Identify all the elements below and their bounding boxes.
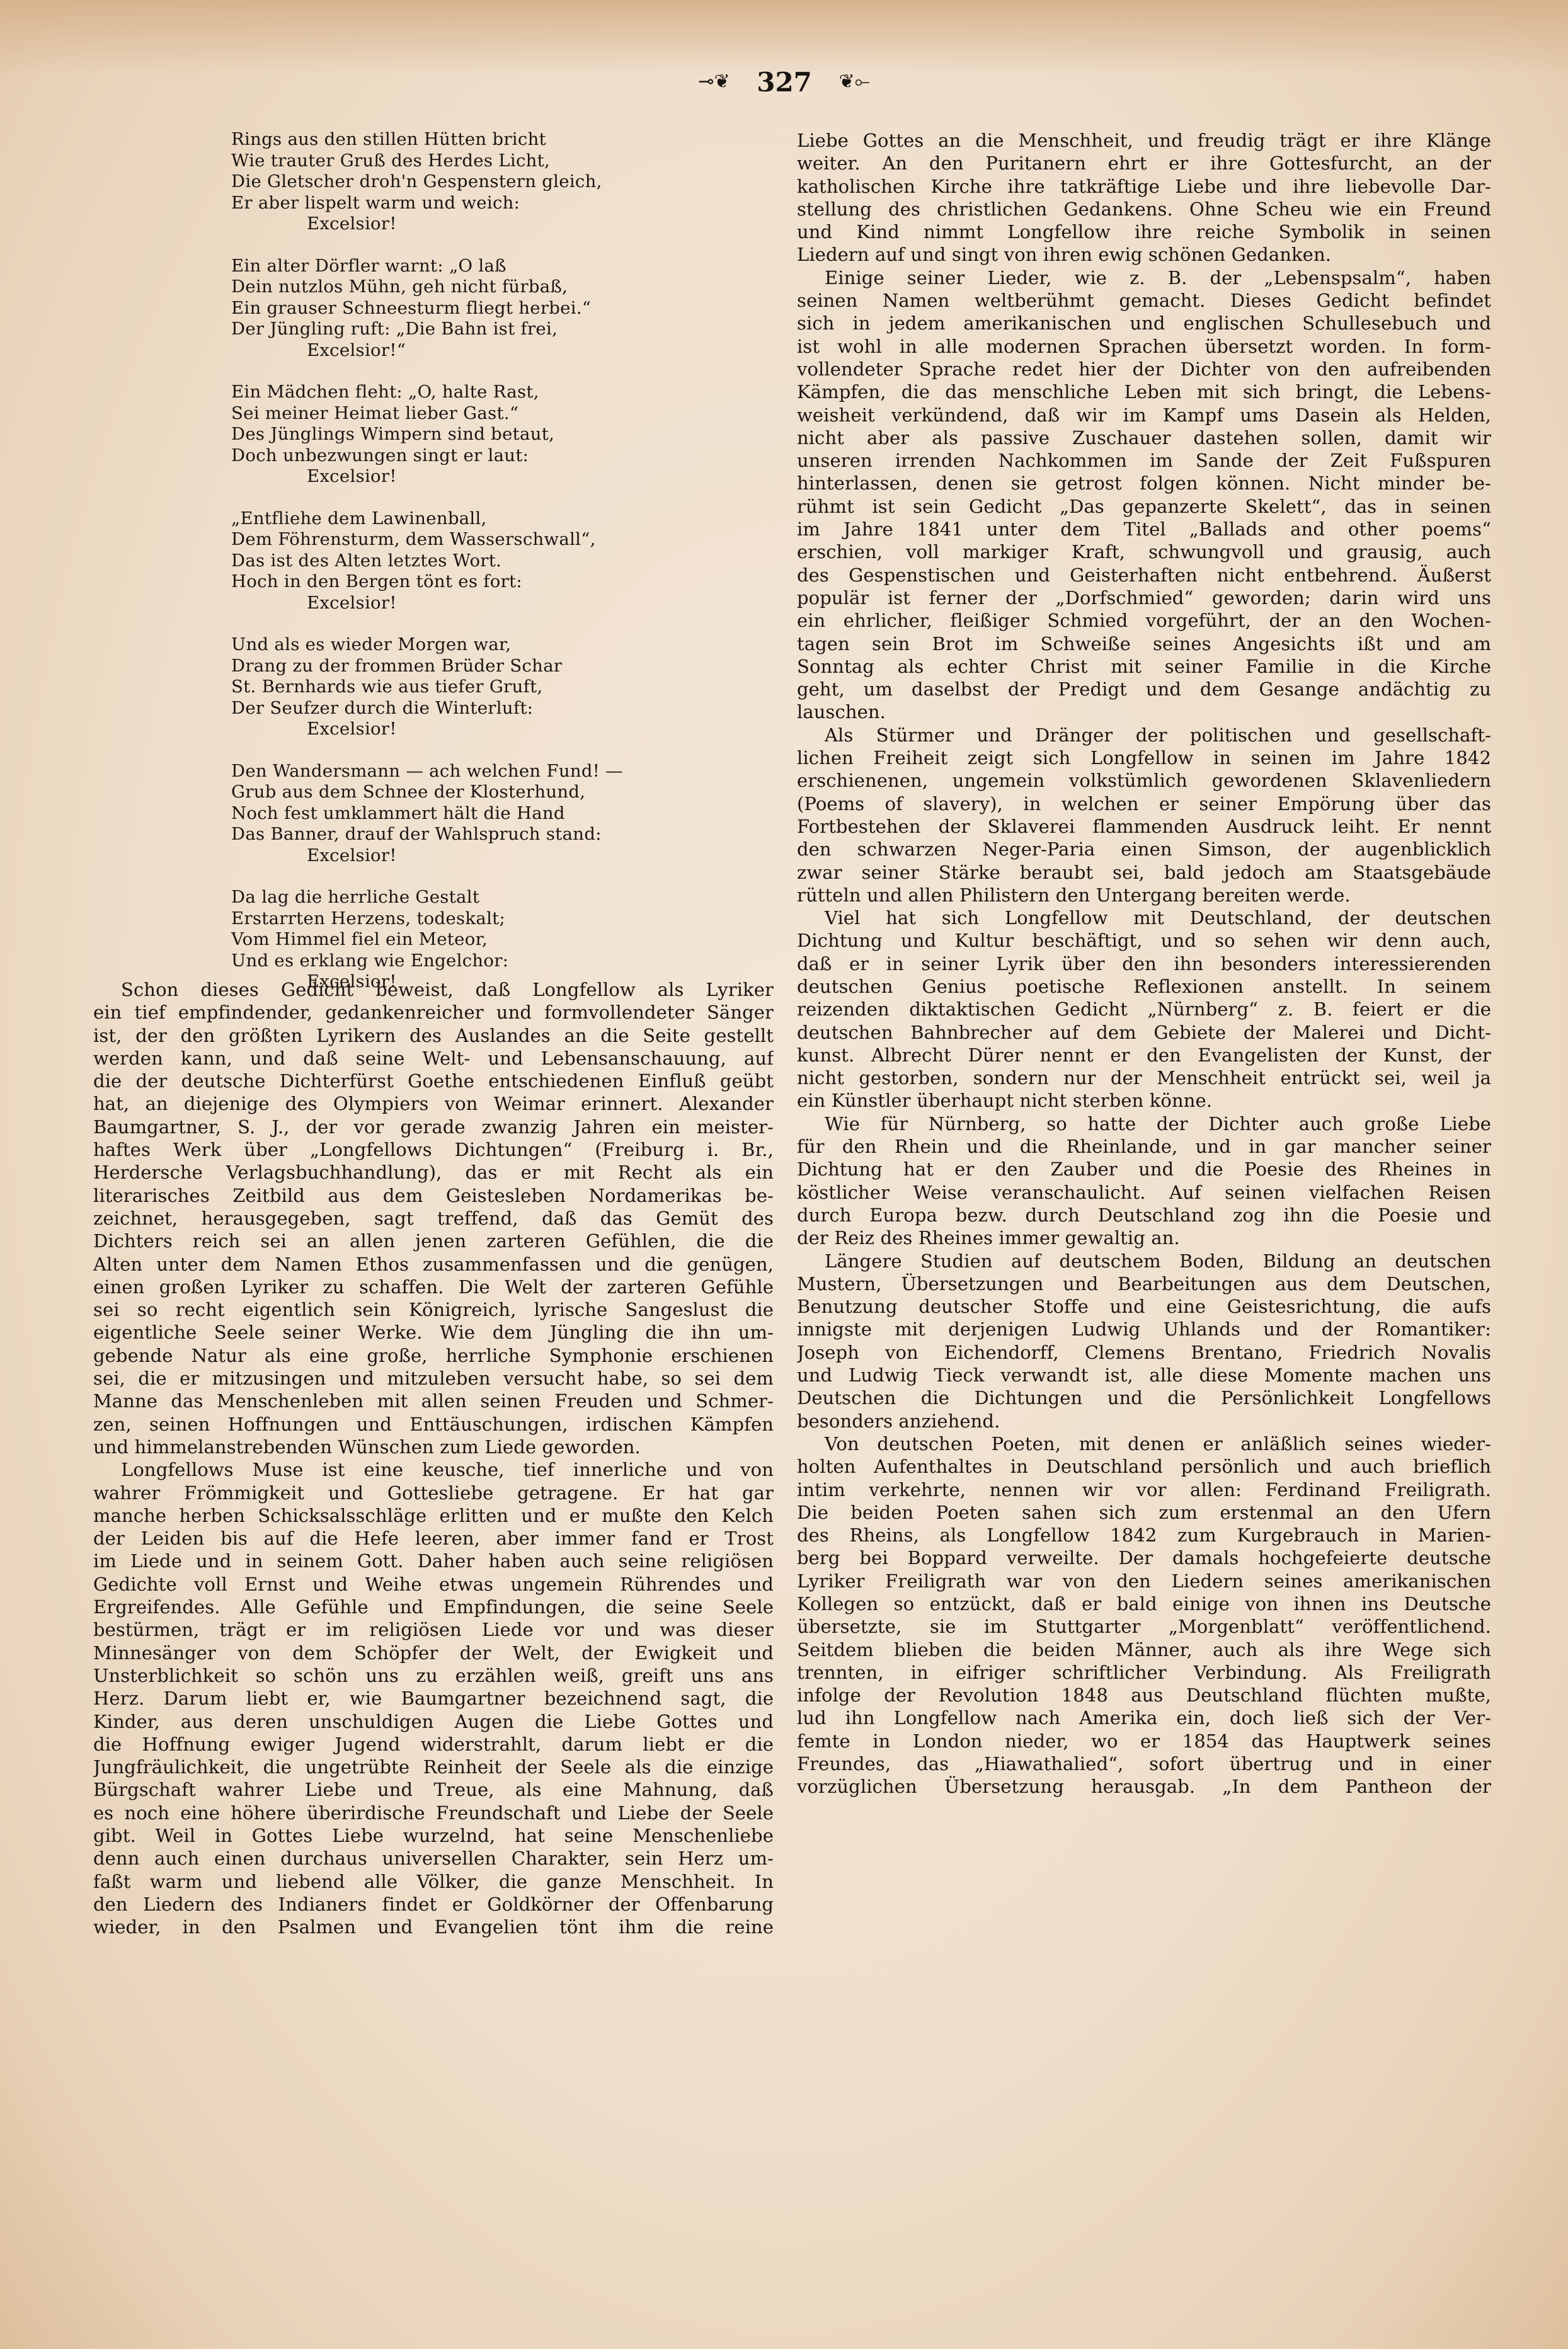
text-line: bestürmen, trägt er im religiösen Liede … xyxy=(93,1618,774,1641)
text-line: Die beiden Poeten sahen sich zum erstenm… xyxy=(797,1501,1491,1524)
page-header: ⊸❦ 327 ❦⟜ xyxy=(0,66,1568,98)
text-line: deutschen Genius poetische Reflexionen a… xyxy=(797,975,1491,998)
page-number: 327 xyxy=(757,67,812,98)
text-line: deutschen Bahnbrecher auf dem Gebiete de… xyxy=(797,1021,1491,1044)
text-line: unseren irrenden Nachkommen im Sande der… xyxy=(797,449,1491,472)
poem-line: Dem Föhrensturm, dem Wasserschwall“, xyxy=(231,529,786,551)
poem-stanza: Den Wandersmann — ach welchen Fund! —Gru… xyxy=(231,761,786,867)
poem-line: Ein alter Dörfler warnt: „O laß xyxy=(231,256,786,277)
text-line: Wie für Nürnberg, so hatte der Dichter a… xyxy=(797,1112,1491,1135)
text-line: rütteln und allen Philistern den Unterga… xyxy=(797,884,1491,906)
text-line: nicht gestorben, sondern nur der Menschh… xyxy=(797,1066,1491,1089)
text-line: erschien, voll markiger Kraft, schwungvo… xyxy=(797,540,1491,563)
text-line: im Liede und in seinem Gott. Daher haben… xyxy=(93,1550,774,1572)
text-line: Als Stürmer und Dränger der politischen … xyxy=(797,724,1491,746)
text-line: manche herben Schicksalsschläge erlitten… xyxy=(93,1504,774,1527)
text-line: Mustern, Übersetzungen und Bearbeitungen… xyxy=(797,1272,1491,1295)
text-line: besonders anziehend. xyxy=(797,1410,1491,1432)
poem-line: Das Banner, drauf der Wahlspruch stand: xyxy=(231,824,786,845)
poem-line: Sei meiner Heimat lieber Gast.“ xyxy=(231,403,786,425)
poem-line: Der Seufzer durch die Winterluft: xyxy=(231,698,786,719)
poem-line: Die Gletscher droh'n Gespenstern gleich, xyxy=(231,171,786,193)
text-line: Freundes, das „Hiawathalied“, sofort übe… xyxy=(797,1752,1491,1775)
text-line: berg bei Boppard verweilte. Der damals h… xyxy=(797,1546,1491,1569)
poem-line: Der Jüngling ruft: „Die Bahn ist frei, xyxy=(231,319,786,340)
text-line: rühmt ist sein Gedicht „Das gepanzerte S… xyxy=(797,495,1491,518)
poem-line: Noch fest umklammert hält die Hand xyxy=(231,803,786,825)
poem-refrain: Excelsior! xyxy=(231,719,786,740)
poem-refrain: Excelsior! xyxy=(231,214,786,235)
text-line: der Leiden bis auf die Hefe leeren, aber… xyxy=(93,1527,774,1550)
poem-excelsior: Rings aus den stillen Hütten brichtWie t… xyxy=(231,129,786,1014)
text-line: nicht aber als passive Zuschauer dastehe… xyxy=(797,426,1491,449)
text-line: den schwarzen Neger-Paria einen Simson, … xyxy=(797,838,1491,860)
text-line: reizenden diktaktischen Gedicht „Nürnber… xyxy=(797,998,1491,1020)
text-line: die Hoffnung ewiger Jugend widerstrahlt,… xyxy=(93,1733,774,1756)
text-line: Liebe Gottes an die Menschheit, und freu… xyxy=(797,129,1491,152)
left-column-text: Schon dieses Gedicht beweist, daß Longfe… xyxy=(93,978,774,1938)
text-line: seinen Namen weltberühmt gemacht. Dieses… xyxy=(797,289,1491,312)
ornament-right-icon: ❦⟜ xyxy=(839,71,870,93)
text-line: hinterlassen, denen sie getrost folgen k… xyxy=(797,472,1491,494)
text-line: Fortbestehen der Sklaverei flammenden Au… xyxy=(797,815,1491,838)
text-line: femte in London nieder, wo er 1854 das H… xyxy=(797,1730,1491,1752)
text-line: wahrer Frömmigkeit und Gottesliebe getra… xyxy=(93,1482,774,1504)
text-line: sich in jedem amerikanischen und englisc… xyxy=(797,312,1491,334)
poem-stanza: Ein alter Dörfler warnt: „O laßDein nutz… xyxy=(231,256,786,362)
text-line: die der deutsche Dichterfürst Goethe ent… xyxy=(93,1070,774,1092)
ornament-left-icon: ⊸❦ xyxy=(698,71,730,93)
text-line: ist wohl in alle modernen Sprachen übers… xyxy=(797,335,1491,358)
text-line: weisheit verkündend, daß wir im Kampf um… xyxy=(797,404,1491,426)
text-line: Liedern auf und singt von ihren ewig sch… xyxy=(797,243,1491,266)
text-line: durch Europa bezw. durch Deutschland zog… xyxy=(797,1204,1491,1226)
text-line: Longfellows Muse ist eine keusche, tief … xyxy=(93,1458,774,1481)
paper-stain xyxy=(0,0,1568,76)
text-line: Längere Studien auf deutschem Boden, Bil… xyxy=(797,1250,1491,1272)
text-line: einen großen Lyriker zu schaffen. Die We… xyxy=(93,1276,774,1298)
text-line: ein tief empfindender, gedankenreicher u… xyxy=(93,1001,774,1024)
text-line: Alten unter dem Namen Ethos zusammenfass… xyxy=(93,1253,774,1276)
text-line: faßt warm und liebend alle Völker, die g… xyxy=(93,1870,774,1893)
text-line: Schon dieses Gedicht beweist, daß Longfe… xyxy=(93,978,774,1001)
text-line: Von deutschen Poeten, mit denen er anläß… xyxy=(797,1432,1491,1455)
text-line: Baumgartner, S. J., der vor gerade zwanz… xyxy=(93,1116,774,1138)
text-line: Viel hat sich Longfellow mit Deutschland… xyxy=(797,906,1491,929)
text-line: kunst. Albrecht Dürer nennt er den Evang… xyxy=(797,1044,1491,1066)
text-line: daß er in seiner Lyrik über den ihn beso… xyxy=(797,952,1491,975)
text-line: katholischen Kirche ihre tatkräftige Lie… xyxy=(797,175,1491,198)
text-line: Lyriker Freiligrath war von den Liedern … xyxy=(797,1570,1491,1592)
text-line: sei so recht eigentlich sein Königreich,… xyxy=(93,1298,774,1321)
text-line: Bürgschaft wahrer Liebe und Treue, als e… xyxy=(93,1778,774,1801)
poem-line: Den Wandersmann — ach welchen Fund! — xyxy=(231,761,786,782)
text-line: Kollegen so entzückt, daß er bald einige… xyxy=(797,1592,1491,1615)
text-line: des Rheins, als Longfellow 1842 zum Kurg… xyxy=(797,1524,1491,1546)
poem-line: Vom Himmel fiel ein Meteor, xyxy=(231,929,786,951)
text-line: Kämpfen, die das menschliche Leben mit s… xyxy=(797,380,1491,403)
text-line: intim verkehrte, nennen wir vor allen: F… xyxy=(797,1478,1491,1501)
poem-line: Hoch in den Bergen tönt es fort: xyxy=(231,571,786,593)
text-line: Dichters reich sei an allen jenen zarter… xyxy=(93,1230,774,1252)
poem-line: Und es erklang wie Engelchor: xyxy=(231,951,786,972)
text-line: gibt. Weil in Gottes Liebe wurzelnd, hat… xyxy=(93,1824,774,1847)
text-line: zwar seiner Stärke beraubt sei, bald jed… xyxy=(797,861,1491,884)
text-line: tagen sein Brot im Schweiße seines Anges… xyxy=(797,632,1491,655)
text-line: Dichtung hat er den Zauber und die Poesi… xyxy=(797,1158,1491,1180)
text-line: Kinder, aus deren unschuldigen Augen die… xyxy=(93,1710,774,1733)
text-line: geht, um daselbst der Predigt und dem Ge… xyxy=(797,678,1491,700)
text-line: Joseph von Eichendorff, Clemens Brentano… xyxy=(797,1341,1491,1364)
poem-stanza: „Entfliehe dem Lawinenball,Dem Föhrenstu… xyxy=(231,508,786,614)
text-line: ein ehrlicher, fleißiger Schmied vorgefü… xyxy=(797,609,1491,632)
text-line: vorzüglichen Übersetzung herausgab. „In … xyxy=(797,1775,1491,1798)
text-line: werden kann, und daß seine Welt- und Leb… xyxy=(93,1047,774,1070)
text-line: im Jahre 1841 unter dem Titel „Ballads a… xyxy=(797,518,1491,540)
text-line: lud ihn Longfellow nach Amerika ein, doc… xyxy=(797,1706,1491,1729)
text-line: und Kind nimmt Longfellow ihre reiche Sy… xyxy=(797,220,1491,243)
poem-stanza: Rings aus den stillen Hütten brichtWie t… xyxy=(231,129,786,235)
text-line: gebende Natur als eine große, herrliche … xyxy=(93,1344,774,1367)
text-line: literarisches Zeitbild aus dem Geistesle… xyxy=(93,1184,774,1207)
text-line: Sonntag als echter Christ mit seiner Fam… xyxy=(797,655,1491,678)
text-line: vollendeter Sprache redet hier der Dicht… xyxy=(797,358,1491,380)
text-line: zen, seinen Hoffnungen und Enttäuschunge… xyxy=(93,1413,774,1436)
poem-line: Das ist des Alten letztes Wort. xyxy=(231,551,786,572)
poem-refrain: Excelsior!“ xyxy=(231,340,786,362)
text-line: Minnesänger von dem Schöpfer der Welt, d… xyxy=(93,1642,774,1664)
text-line: für den Rhein und die Rheinlande, und in… xyxy=(797,1135,1491,1158)
text-line: denn auch einen durchaus universellen Ch… xyxy=(93,1847,774,1870)
poem-refrain: Excelsior! xyxy=(231,466,786,488)
text-line: holten Aufenthaltes in Deutschland persö… xyxy=(797,1455,1491,1478)
text-line: haftes Werk über „Longfellows Dichtungen… xyxy=(93,1138,774,1161)
poem-line: St. Bernhards wie aus tiefer Gruft, xyxy=(231,677,786,698)
poem-line: Rings aus den stillen Hütten bricht xyxy=(231,129,786,151)
poem-line: Des Jünglings Wimpern sind betaut, xyxy=(231,424,786,445)
text-line: Benutzung deutscher Stoffe und eine Geis… xyxy=(797,1295,1491,1318)
text-line: übersetzte, sie im Stuttgarter „Morgenbl… xyxy=(797,1615,1491,1638)
text-line: lichen Freiheit zeigt sich Longfellow in… xyxy=(797,746,1491,769)
text-line: Herz. Darum liebt er, wie Baumgartner be… xyxy=(93,1687,774,1710)
text-line: der Reiz des Rheines immer gewaltig an. xyxy=(797,1226,1491,1249)
poem-line: Drang zu der frommen Brüder Schar xyxy=(231,656,786,677)
text-line: den Liedern des Indianers findet er Gold… xyxy=(93,1893,774,1916)
text-line: Unsterblichkeit so schön uns zu erzählen… xyxy=(93,1664,774,1687)
poem-line: Da lag die herrliche Gestalt xyxy=(231,887,786,908)
poem-line: „Entfliehe dem Lawinenball, xyxy=(231,508,786,530)
text-line: ein Künstler überhaupt nicht sterben kön… xyxy=(797,1089,1491,1112)
poem-refrain: Excelsior! xyxy=(231,593,786,614)
text-line: Seitdem blieben die beiden Männer, auch … xyxy=(797,1638,1491,1661)
text-line: Herdersche Verlagsbuchhandlung), das er … xyxy=(93,1161,774,1184)
text-line: und Ludwig Tieck verwandt ist, alle dies… xyxy=(797,1364,1491,1386)
poem-line: Grub aus dem Schnee der Klosterhund, xyxy=(231,782,786,803)
right-column-text: Liebe Gottes an die Menschheit, und freu… xyxy=(797,129,1491,1798)
poem-line: Ein Mädchen fleht: „O, halte Rast, xyxy=(231,382,786,403)
poem-line: Er aber lispelt warm und weich: xyxy=(231,193,786,214)
text-line: erschienenen, ungemein volkstümlich gewo… xyxy=(797,769,1491,792)
text-line: trennten, in eifriger schriftlicher Verb… xyxy=(797,1661,1491,1684)
text-line: infolge der Revolution 1848 aus Deutschl… xyxy=(797,1684,1491,1706)
poem-line: Und als es wieder Morgen war, xyxy=(231,634,786,656)
text-line: eigentliche Seele seiner Werke. Wie dem … xyxy=(93,1321,774,1344)
text-line: zeichnet, herausgegeben, sagt treffend, … xyxy=(93,1207,774,1230)
poem-line: Wie trauter Gruß des Herdes Licht, xyxy=(231,151,786,172)
text-line: ist, der den größten Lyrikern des Auslan… xyxy=(93,1024,774,1047)
text-line: es noch eine höhere überirdische Freunds… xyxy=(93,1802,774,1824)
poem-line: Dein nutzlos Mühn, geh nicht fürbaß, xyxy=(231,277,786,298)
poem-stanza: Da lag die herrliche GestaltErstarrten H… xyxy=(231,887,786,993)
text-line: sei, die er mitzusingen und mitzuleben v… xyxy=(93,1367,774,1390)
poem-line: Erstarrten Herzens, todeskalt; xyxy=(231,908,786,930)
text-line: des Gespenstischen und Geisterhaften nic… xyxy=(797,564,1491,586)
text-line: wieder, in den Psalmen und Evangelien tö… xyxy=(93,1916,774,1938)
text-line: köstlicher Weise veranschaulicht. Auf se… xyxy=(797,1181,1491,1204)
poem-refrain: Excelsior! xyxy=(231,845,786,867)
text-line: Deutschen die Dichtungen und die Persönl… xyxy=(797,1386,1491,1409)
text-line: stellung des christlichen Gedankens. Ohn… xyxy=(797,198,1491,220)
text-line: Dichtung und Kultur beschäftigt, und so … xyxy=(797,929,1491,952)
text-line: Ergreifendes. Alle Gefühle und Empfindun… xyxy=(93,1596,774,1618)
text-line: Gedichte voll Ernst und Weihe etwas unge… xyxy=(93,1573,774,1596)
text-line: lauschen. xyxy=(797,700,1491,723)
text-line: weiter. An den Puritanern ehrt er ihre G… xyxy=(797,152,1491,174)
text-line: populär ist ferner der „Dorfschmied“ gew… xyxy=(797,586,1491,609)
poem-line: Ein grauser Schneesturm fliegt herbei.“ xyxy=(231,298,786,319)
text-line: hat, an diejenige des Olympiers von Weim… xyxy=(93,1092,774,1115)
text-line: Jungfräulichkeit, die ungetrübte Reinhei… xyxy=(93,1756,774,1778)
text-line: Manne das Menschenleben mit allen seinen… xyxy=(93,1390,774,1412)
text-line: und himmelanstrebenden Wünschen zum Lied… xyxy=(93,1436,774,1458)
text-line: innigste mit derjenigen Ludwig Uhlands u… xyxy=(797,1318,1491,1340)
poem-stanza: Und als es wieder Morgen war,Drang zu de… xyxy=(231,634,786,740)
poem-line: Doch unbezwungen singt er laut: xyxy=(231,445,786,467)
text-line: (Poems of slavery), in welchen er seiner… xyxy=(797,792,1491,815)
poem-stanza: Ein Mädchen fleht: „O, halte Rast,Sei me… xyxy=(231,382,786,488)
text-line: Einige seiner Lieder, wie z. B. der „Leb… xyxy=(797,266,1491,289)
